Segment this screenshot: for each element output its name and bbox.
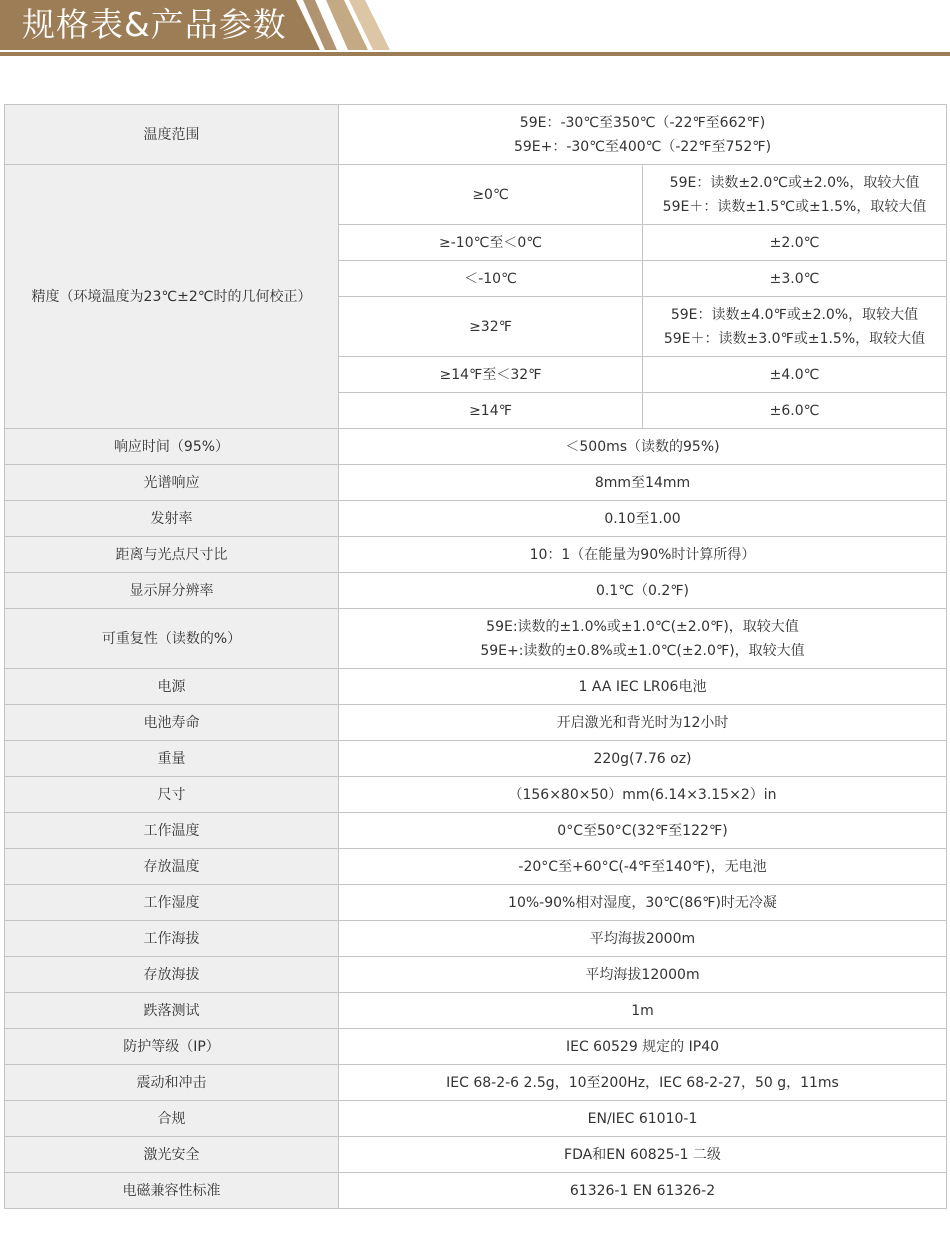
- spec-label: 工作湿度: [5, 885, 339, 921]
- value-line: 59E：读数±2.0℃或±2.0%，取较大值: [647, 171, 942, 195]
- spec-label: 精度（环境温度为23℃±2℃时的几何校正）: [5, 165, 339, 429]
- table-row: 存放温度 -20°C至+60°C(-4℉至140℉)，无电池: [5, 849, 947, 885]
- table-row: 跌落测试 1m: [5, 993, 947, 1029]
- spec-value: （156×80×50）mm(6.14×3.15×2）in: [339, 777, 947, 813]
- value-line: 59E：-30℃至350℃（-22℉至662℉): [343, 111, 942, 135]
- table-row: 震动和冲击 IEC 68-2-6 2.5g，10至200Hz，IEC 68-2-…: [5, 1065, 947, 1101]
- spec-label: 震动和冲击: [5, 1065, 339, 1101]
- spec-value: EN/IEC 61010-1: [339, 1101, 947, 1137]
- spec-value: FDA和EN 60825-1 二级: [339, 1137, 947, 1173]
- accuracy-value: ±3.0℃: [643, 261, 947, 297]
- value-line: 59E＋：读数±3.0℉或±1.5%，取较大值: [647, 327, 942, 351]
- spec-label: 电池寿命: [5, 705, 339, 741]
- table-row: 工作湿度 10%-90%相对湿度，30℃(86℉)时无冷凝: [5, 885, 947, 921]
- spec-label: 可重复性（读数的%）: [5, 609, 339, 669]
- banner-underline: [0, 52, 950, 56]
- spec-label: 跌落测试: [5, 993, 339, 1029]
- spec-value: 0°C至50°C(32℉至122℉): [339, 813, 947, 849]
- spec-label: 合规: [5, 1101, 339, 1137]
- table-row: 电池寿命 开启激光和背光时为12小时: [5, 705, 947, 741]
- spec-value: 开启激光和背光时为12小时: [339, 705, 947, 741]
- table-row: 光谱响应 8mm至14mm: [5, 465, 947, 501]
- accuracy-condition: ＜-10℃: [339, 261, 643, 297]
- value-line: 59E＋：读数±1.5℃或±1.5%，取较大值: [647, 195, 942, 219]
- value-line: 59E:读数的±1.0%或±1.0℃(±2.0℉)，取较大值: [343, 615, 942, 639]
- spec-value: IEC 60529 规定的 IP40: [339, 1029, 947, 1065]
- table-row: 存放海拔 平均海拔12000m: [5, 957, 947, 993]
- table-row: 显示屏分辨率 0.1℃（0.2℉): [5, 573, 947, 609]
- table-row: 发射率 0.10至1.00: [5, 501, 947, 537]
- spec-label: 存放温度: [5, 849, 339, 885]
- page-title: 规格表&产品参数: [22, 4, 287, 46]
- spec-label: 重量: [5, 741, 339, 777]
- spec-value: 平均海拔2000m: [339, 921, 947, 957]
- accuracy-value: 59E：读数±4.0℉或±2.0%，取较大值 59E＋：读数±3.0℉或±1.5…: [643, 297, 947, 357]
- spec-label: 温度范围: [5, 105, 339, 165]
- spec-label: 电源: [5, 669, 339, 705]
- accuracy-condition: ≥32℉: [339, 297, 643, 357]
- spec-label: 防护等级（IP）: [5, 1029, 339, 1065]
- spec-value: 61326-1 EN 61326-2: [339, 1173, 947, 1209]
- spec-value: -20°C至+60°C(-4℉至140℉)，无电池: [339, 849, 947, 885]
- table-row: 电磁兼容性标准 61326-1 EN 61326-2: [5, 1173, 947, 1209]
- table-row: 激光安全 FDA和EN 60825-1 二级: [5, 1137, 947, 1173]
- spec-value: IEC 68-2-6 2.5g，10至200Hz，IEC 68-2-27，50 …: [339, 1065, 947, 1101]
- spec-label: 响应时间（95%）: [5, 429, 339, 465]
- value-line: 59E+：-30℃至400℃（-22℉至752℉): [343, 135, 942, 159]
- spec-label: 工作海拔: [5, 921, 339, 957]
- section-banner: 规格表&产品参数: [0, 0, 950, 58]
- accuracy-value: ±6.0℃: [643, 393, 947, 429]
- value-line: 59E+:读数的±0.8%或±1.0℃(±2.0℉)，取较大值: [343, 639, 942, 663]
- table-row: 精度（环境温度为23℃±2℃时的几何校正） ≥0℃ 59E：读数±2.0℃或±2…: [5, 165, 947, 225]
- spec-value: 8mm至14mm: [339, 465, 947, 501]
- spec-label: 显示屏分辨率: [5, 573, 339, 609]
- spec-label: 尺寸: [5, 777, 339, 813]
- spec-value: 59E:读数的±1.0%或±1.0℃(±2.0℉)，取较大值 59E+:读数的±…: [339, 609, 947, 669]
- table-row: 可重复性（读数的%） 59E:读数的±1.0%或±1.0℃(±2.0℉)，取较大…: [5, 609, 947, 669]
- table-row: 距离与光点尺寸比 10：1（在能量为90%时计算所得）: [5, 537, 947, 573]
- spec-value: 1 AA IEC LR06电池: [339, 669, 947, 705]
- accuracy-condition: ≥14℉: [339, 393, 643, 429]
- spec-label: 发射率: [5, 501, 339, 537]
- spec-value: 10%-90%相对湿度，30℃(86℉)时无冷凝: [339, 885, 947, 921]
- spec-label: 光谱响应: [5, 465, 339, 501]
- table-row: 合规 EN/IEC 61010-1: [5, 1101, 947, 1137]
- table-row: 工作海拔 平均海拔2000m: [5, 921, 947, 957]
- value-line: 59E：读数±4.0℉或±2.0%，取较大值: [647, 303, 942, 327]
- accuracy-value: 59E：读数±2.0℃或±2.0%，取较大值 59E＋：读数±1.5℃或±1.5…: [643, 165, 947, 225]
- spec-value: 59E：-30℃至350℃（-22℉至662℉) 59E+：-30℃至400℃（…: [339, 105, 947, 165]
- accuracy-condition: ≥0℃: [339, 165, 643, 225]
- spec-value: 0.1℃（0.2℉): [339, 573, 947, 609]
- table-row: 电源 1 AA IEC LR06电池: [5, 669, 947, 705]
- table-row: 重量 220g(7.76 oz): [5, 741, 947, 777]
- spec-label: 存放海拔: [5, 957, 339, 993]
- accuracy-condition: ≥-10℃至＜0℃: [339, 225, 643, 261]
- spec-value: 平均海拔12000m: [339, 957, 947, 993]
- table-row: 响应时间（95%） ＜500ms（读数的95%): [5, 429, 947, 465]
- spec-value: 0.10至1.00: [339, 501, 947, 537]
- spec-value: 1m: [339, 993, 947, 1029]
- spec-table: 温度范围 59E：-30℃至350℃（-22℉至662℉) 59E+：-30℃至…: [4, 104, 947, 1209]
- table-row: 温度范围 59E：-30℃至350℃（-22℉至662℉) 59E+：-30℃至…: [5, 105, 947, 165]
- spec-value: 220g(7.76 oz): [339, 741, 947, 777]
- spec-label: 激光安全: [5, 1137, 339, 1173]
- accuracy-value: ±2.0℃: [643, 225, 947, 261]
- table-row: 工作温度 0°C至50°C(32℉至122℉): [5, 813, 947, 849]
- accuracy-condition: ≥14℉至＜32℉: [339, 357, 643, 393]
- spec-label: 工作温度: [5, 813, 339, 849]
- spec-label: 电磁兼容性标准: [5, 1173, 339, 1209]
- spec-value: ＜500ms（读数的95%): [339, 429, 947, 465]
- accuracy-value: ±4.0℃: [643, 357, 947, 393]
- table-row: 防护等级（IP） IEC 60529 规定的 IP40: [5, 1029, 947, 1065]
- spec-value: 10：1（在能量为90%时计算所得）: [339, 537, 947, 573]
- table-row: 尺寸 （156×80×50）mm(6.14×3.15×2）in: [5, 777, 947, 813]
- spec-label: 距离与光点尺寸比: [5, 537, 339, 573]
